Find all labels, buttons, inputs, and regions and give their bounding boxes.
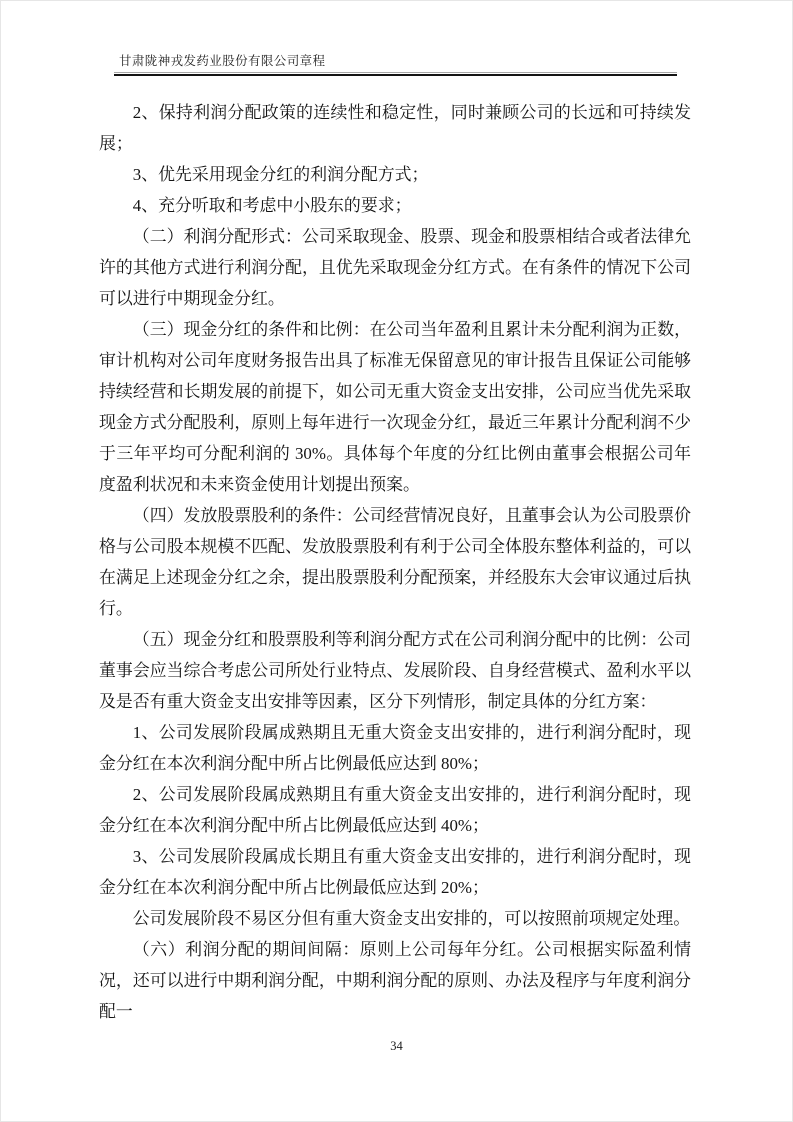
body-paragraph: 2、公司发展阶段属成熟期且有重大资金支出安排的，进行利润分配时，现金分红在本次利… [99, 779, 691, 841]
header-title: 甘肃陇神戎发药业股份有限公司章程 [119, 51, 325, 69]
body-paragraph: 3、公司发展阶段属成长期且有重大资金支出安排的，进行利润分配时，现金分红在本次利… [99, 841, 691, 903]
page-number: 34 [1, 1039, 792, 1054]
body-paragraph: 3、优先采用现金分红的利润分配方式； [99, 159, 691, 190]
body-paragraph: （二）利润分配形式：公司采取现金、股票、现金和股票相结合或者法律允许的其他方式进… [99, 221, 691, 314]
body-paragraph: 1、公司发展阶段属成熟期且无重大资金支出安排的，进行利润分配时，现金分红在本次利… [99, 717, 691, 779]
body-paragraph: （五）现金分红和股票股利等利润分配方式在公司利润分配中的比例：公司董事会应当综合… [99, 624, 691, 717]
body-paragraph: （四）发放股票股利的条件：公司经营情况良好，且董事会认为公司股票价格与公司股本规… [99, 500, 691, 624]
body-paragraph: 4、充分听取和考虑中小股东的要求； [99, 190, 691, 221]
body-paragraph: （六）利润分配的期间间隔：原则上公司每年分红。公司根据实际盈利情况，还可以进行中… [99, 934, 691, 1027]
body-paragraph: 2、保持利润分配政策的连续性和稳定性，同时兼顾公司的长远和可持续发展； [99, 97, 691, 159]
header-rule [114, 72, 677, 76]
body-paragraph: 公司发展阶段不易区分但有重大资金支出安排的，可以按照前项规定处理。 [99, 903, 691, 934]
body-paragraph: （三）现金分红的条件和比例：在公司当年盈利且累计未分配利润为正数，审计机构对公司… [99, 314, 691, 500]
document-body: 2、保持利润分配政策的连续性和稳定性，同时兼顾公司的长远和可持续发展； 3、优先… [99, 97, 691, 1027]
document-page: 甘肃陇神戎发药业股份有限公司章程 2、保持利润分配政策的连续性和稳定性，同时兼顾… [0, 0, 793, 1122]
